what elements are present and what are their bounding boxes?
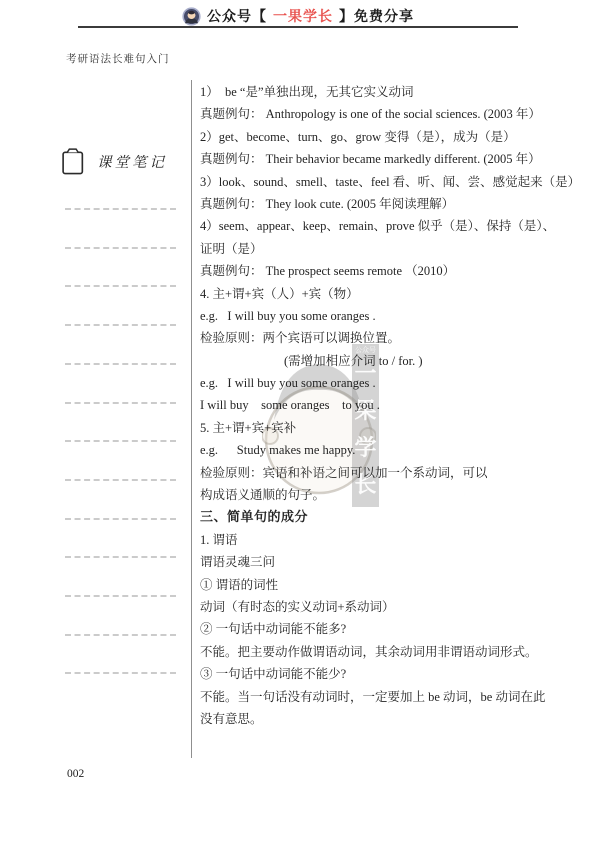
banner-text-prefix: 公众号【 (207, 6, 267, 26)
content-line: 不能。把主要动作做谓语动词，其余动词用非谓语动词形式。 (200, 641, 545, 663)
content-line: e.g. Study makes me happy. (200, 439, 545, 461)
class-notes-header: 课堂笔记 (61, 147, 167, 176)
content-line: e.g. I will buy you some oranges . (200, 372, 545, 394)
content-line: 1） be “是”单独出现，无其它实义动词 (200, 81, 545, 103)
content-line: 三、简单句的成分 (200, 506, 545, 528)
ruled-line (65, 479, 176, 481)
ruled-line (65, 208, 176, 210)
page-number: 002 (67, 768, 84, 780)
ruled-line (65, 672, 176, 674)
content-line: 4. 主+谓+宾（人）+宾（物） (200, 283, 545, 305)
banner-text-suffix: 】免费分享 (339, 6, 414, 26)
content-line: 5. 主+谓+宾+宾补 (200, 417, 545, 439)
content-line: 谓语灵魂三问 (200, 551, 545, 573)
ruled-line (65, 285, 176, 287)
content-line: 检验原则：两个宾语可以调换位置。 (200, 327, 545, 349)
ruled-line (65, 440, 176, 442)
content-line: 真题例句： Anthropology is one of the social … (200, 103, 545, 125)
ruled-line (65, 324, 176, 326)
content-line: (需增加相应介词 to / for. ) (200, 350, 545, 372)
vertical-divider (191, 80, 192, 758)
doc-title: 考研语法长难句入门 (66, 51, 170, 66)
header-banner: 公众号【一果学长】免费分享 (0, 6, 596, 26)
content-lines: 1） be “是”单独出现，无其它实义动词真题例句： Anthropology … (200, 81, 545, 730)
class-notes-label: 课堂笔记 (97, 151, 167, 172)
content-line: e.g. I will buy you some oranges . (200, 305, 545, 327)
document-page: 公众号【一果学长】免费分享 考研语法长难句入门 课堂笔记 公众号 一果学长 1）… (0, 0, 596, 842)
banner-brand-name: 一果学长 (273, 6, 333, 26)
content-line: ① 谓语的词性 (200, 574, 545, 596)
ruled-line (65, 595, 176, 597)
ruled-line (65, 247, 176, 249)
ruled-line (65, 556, 176, 558)
ruled-line (65, 518, 176, 520)
clipboard-icon (61, 147, 86, 176)
content-line: I will buy some oranges to you . (200, 394, 545, 416)
content-line: 构成语义通顺的句子。 (200, 484, 545, 506)
header-rule (78, 26, 518, 28)
content-line: 证明（是） (200, 238, 545, 260)
content-line: 没有意思。 (200, 708, 545, 730)
ruled-line (65, 402, 176, 404)
content-line: 不能。当一句话没有动词时，一定要加上 be 动词，be 动词在此 (200, 686, 545, 708)
brand-avatar-icon (182, 7, 201, 26)
content-line: ③ 一句话中动词能不能少? (200, 663, 545, 685)
content-line: 2）get、become、turn、go、grow 变得（是），成为（是） (200, 126, 545, 148)
content-line: 4）seem、appear、keep、remain、prove 似乎（是）、保持… (200, 215, 545, 237)
content-line: 3）look、sound、smell、taste、feel 看、听、闻、尝、感觉… (200, 171, 545, 193)
content-line: 真题例句： The prospect seems remote （2010） (200, 260, 545, 282)
content-line: 真题例句： They look cute. (2005 年阅读理解） (200, 193, 545, 215)
ruled-line (65, 634, 176, 636)
content-line: 检验原则：宾语和补语之间可以加一个系动词，可以 (200, 462, 545, 484)
content-line: 动词（有时态的实义动词+系动词） (200, 596, 545, 618)
content-line: ② 一句话中动词能不能多? (200, 618, 545, 640)
ruled-line (65, 363, 176, 365)
content-line: 真题例句： Their behavior became markedly dif… (200, 148, 545, 170)
content-line: 1. 谓语 (200, 529, 545, 551)
